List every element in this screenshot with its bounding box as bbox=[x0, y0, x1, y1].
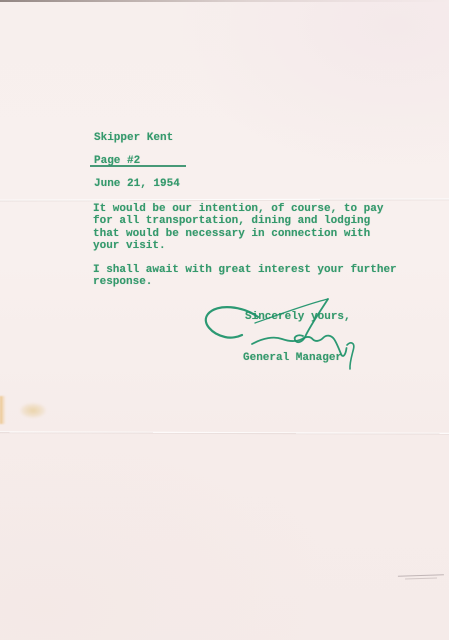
fold-line-top bbox=[0, 198, 449, 201]
header-underline bbox=[90, 165, 186, 167]
letter-date: June 21, 1954 bbox=[94, 179, 180, 191]
paper-edge-stain bbox=[0, 396, 6, 424]
letter-header: Skipper Kent Page #2 June 21, 1954 bbox=[94, 121, 180, 202]
recipient-name: Skipper Kent bbox=[94, 133, 180, 145]
paper-stain bbox=[20, 403, 46, 418]
signature-descender-stroke bbox=[295, 299, 328, 342]
signer-title: General Manager bbox=[243, 352, 342, 364]
signature-ascender-stroke bbox=[255, 299, 328, 323]
signature-loop-stroke bbox=[206, 307, 258, 338]
signature-flourish-stroke bbox=[347, 343, 354, 369]
fold-line-bottom bbox=[0, 431, 449, 435]
scan-edge-shadow bbox=[0, 0, 449, 3]
pencil-scratch-mark bbox=[398, 574, 444, 582]
body-paragraph-1: It would be our intention, of course, to… bbox=[93, 203, 383, 253]
signature-handwriting bbox=[195, 290, 375, 385]
body-paragraph-2: I shall await with great interest your f… bbox=[93, 264, 397, 289]
scanned-letter-page: Skipper Kent Page #2 June 21, 1954 It wo… bbox=[0, 0, 449, 640]
